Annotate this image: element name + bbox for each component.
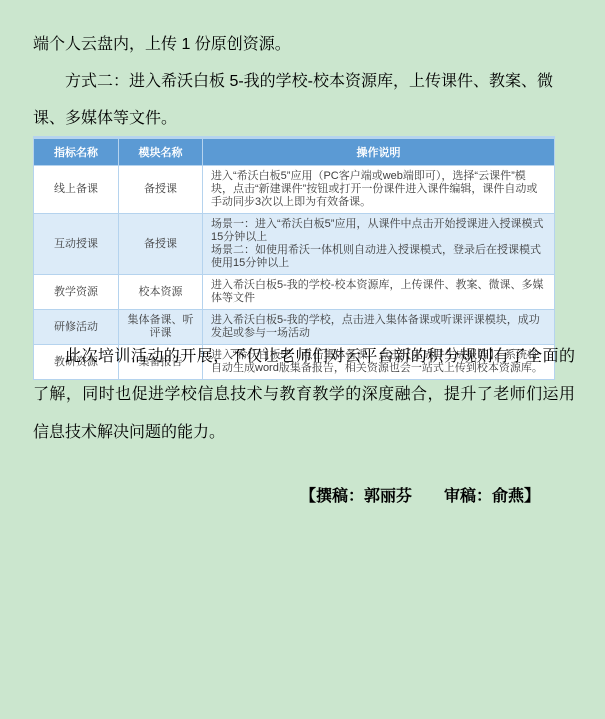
cell-module: 备授课 bbox=[119, 166, 203, 214]
header-operation-desc: 操作说明 bbox=[203, 138, 555, 166]
table-row: 线上备课 备授课 进入“希沃白板5”应用（PC客户端或web端即可），选择“云课… bbox=[34, 166, 555, 214]
closing-paragraph: 此次培训活动的开展，不仅让老师们对云平台新的积分规则有了全面的了解，同时也促进学… bbox=[33, 338, 575, 452]
header-module-name: 模块名称 bbox=[119, 138, 203, 166]
cell-description: 场景一：进入“希沃白板5”应用，从课件中点击开始授课进入授课模式15分钟以上 场… bbox=[203, 214, 555, 275]
cell-indicator: 互动授课 bbox=[34, 214, 119, 275]
table-row: 互动授课 备授课 场景一：进入“希沃白板5”应用，从课件中点击开始授课进入授课模… bbox=[34, 214, 555, 275]
method-two-text: 方式二：进入希沃白板 5-我的学校-校本资源库，上传课件、教案、微课、多媒体等文… bbox=[33, 63, 575, 137]
intro-block: 端个人云盘内，上传 1 份原创资源。 方式二：进入希沃白板 5-我的学校-校本资… bbox=[33, 26, 575, 137]
table-row: 教学资源 校本资源 进入希沃白板5-我的学校-校本资源库，上传课件、教案、微课、… bbox=[34, 275, 555, 310]
table-header-row: 指标名称 模块名称 操作说明 bbox=[34, 138, 555, 166]
cell-module: 备授课 bbox=[119, 214, 203, 275]
cell-module: 校本资源 bbox=[119, 275, 203, 310]
cell-description: 进入希沃白板5-我的学校-校本资源库，上传课件、教案、微课、多媒体等文件 bbox=[203, 275, 555, 310]
byline: 【撰稿：郭丽芬 审稿：俞燕】 bbox=[33, 483, 540, 506]
document-page: 端个人云盘内，上传 1 份原创资源。 方式二：进入希沃白板 5-我的学校-校本资… bbox=[0, 0, 605, 719]
header-indicator-name: 指标名称 bbox=[34, 138, 119, 166]
cell-indicator: 教学资源 bbox=[34, 275, 119, 310]
intro-continuation-text: 端个人云盘内，上传 1 份原创资源。 bbox=[33, 26, 575, 63]
cell-indicator: 线上备课 bbox=[34, 166, 119, 214]
cell-description: 进入“希沃白板5”应用（PC客户端或web端即可），选择“云课件”模块，点击“新… bbox=[203, 166, 555, 214]
